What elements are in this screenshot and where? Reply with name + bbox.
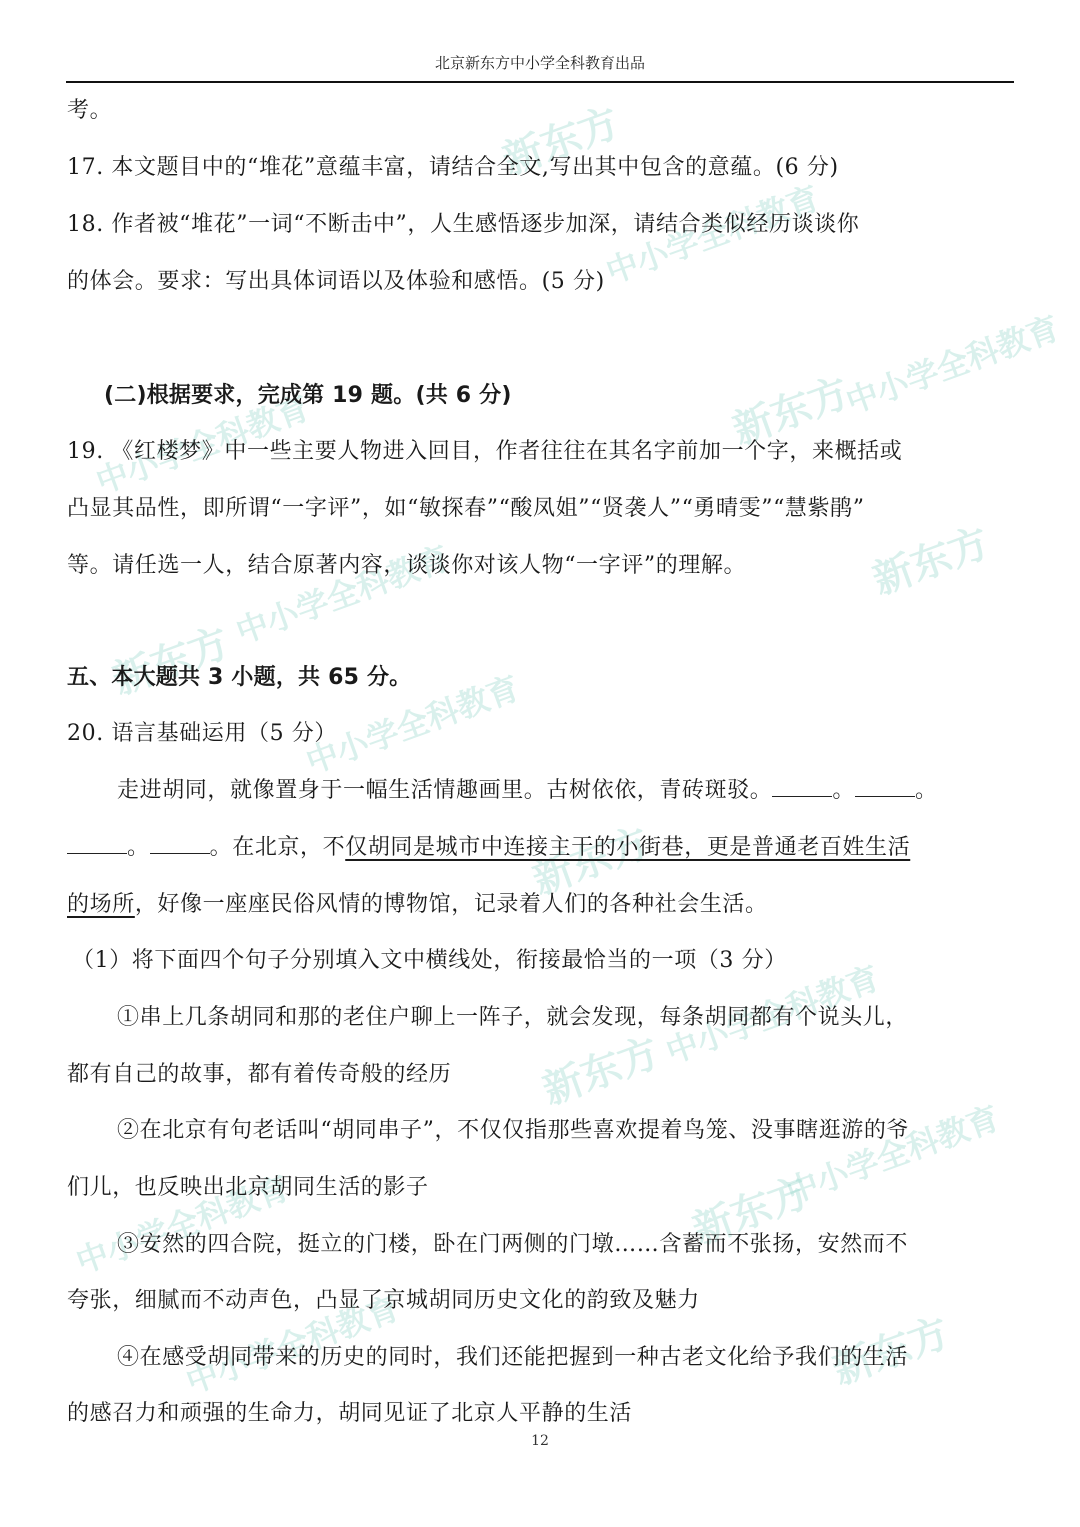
option-2-line1: ②在北京有句老话叫“胡同串子”，不仅仅指那些喜欢提着鸟笼、没事瞎逛游的爷 — [117, 1116, 909, 1146]
question-17: 17. 本文题目中的“堆花”意蕴丰富，请结合全文,写出其中包含的意蕴。(6 分) — [67, 153, 839, 183]
option-4-line2: 的感召力和顽强的生命力，胡同见证了北京人平静的生活 — [67, 1399, 632, 1429]
question-19-line1: 19. 《红楼梦》中一些主要人物进入回目，作者往往在其名字前加一个字，来概括或 — [67, 437, 902, 467]
question-18-line2: 的体会。要求：写出具体词语以及体验和感悟。(5 分) — [67, 267, 605, 297]
passage-text: ，好像一座座民俗风情的博物馆，记录着人们的各种社会生活。 — [135, 892, 768, 917]
option-2-line2: 们儿，也反映出北京胡同生活的影子 — [67, 1173, 429, 1203]
sub-question-1: （1）将下面四个句子分别填入文中横线处，衔接最恰当的一项（3 分） — [72, 946, 787, 976]
text-line: 考。 — [67, 96, 112, 126]
passage-text: 在北京，不 — [232, 835, 345, 860]
watermark-logo: 新东方 — [864, 511, 996, 606]
question-18-line1: 18. 作者被“堆花”一词“不断击中”，人生感悟逐步加深，请结合类似经历谈谈你 — [67, 210, 859, 240]
question-19-line3: 等。请任选一人，结合原著内容，谈谈你对该人物“一字评”的理解。 — [67, 551, 746, 581]
watermark-logo: 新东方 — [534, 1021, 666, 1116]
period: 。 — [915, 778, 938, 803]
watermark-slogan: 中小学全科教育 — [839, 303, 1065, 423]
fill-blank — [67, 835, 127, 854]
underlined-text: 的场所 — [67, 892, 135, 917]
option-3-line2: 夸张，细腻而不动声色，凸显了京城胡同历史文化的韵致及魅力 — [67, 1286, 700, 1316]
option-1-line2: 都有自己的故事，都有着传奇般的经历 — [67, 1060, 451, 1090]
question-19-line2: 凸显其品性，即所谓“一字评”，如“敏探春”“酸凤姐”“贤袭人”“勇晴雯”“慧紫鹃… — [67, 494, 865, 524]
watermark-slogan: 中小学全科教育 — [779, 1093, 1005, 1213]
period: 。 — [127, 835, 150, 860]
fill-blank — [150, 835, 210, 854]
page-header: 北京新东方中小学全科教育出品 — [66, 52, 1014, 82]
page-number: 12 — [0, 1433, 1080, 1449]
passage-line3: 的场所，好像一座座民俗风情的博物馆，记录着人们的各种社会生活。 — [67, 890, 768, 920]
option-4-line1: ④在感受胡同带来的历史的同时，我们还能把握到一种古老文化给予我们的生活 — [117, 1343, 908, 1373]
period: 。 — [210, 835, 233, 860]
option-1-line1: ①串上几条胡同和那的老住户聊上一阵子，就会发现，每条胡同都有个说头儿， — [117, 1003, 908, 1033]
passage-text: 走进胡同，就像置身于一幅生活情趣画里。古树依依，青砖斑驳。 — [117, 778, 772, 803]
underlined-text: 仅胡同是城市中连接主干的小街巷，更是普通老百姓生活 — [345, 835, 910, 860]
passage-line2: 。。在北京，不仅胡同是城市中连接主干的小街巷，更是普通老百姓生活 — [67, 833, 910, 863]
question-20: 20. 语言基础运用（5 分） — [67, 719, 337, 749]
passage-line1: 走进胡同，就像置身于一幅生活情趣画里。古树依依，青砖斑驳。。。 — [117, 776, 938, 806]
fill-blank — [772, 778, 832, 797]
section-heading-5: 五、本大题共 3 小题，共 65 分。 — [67, 663, 411, 693]
section-heading-2: (二)根据要求，完成第 19 题。(共 6 分) — [104, 381, 512, 411]
header-divider — [66, 81, 1014, 83]
fill-blank — [855, 778, 915, 797]
option-3-line1: ③安然的四合院，挺立的门楼，卧在门两侧的门墩……含蓄而不张扬，安然而不 — [117, 1230, 908, 1260]
period: 。 — [832, 778, 855, 803]
